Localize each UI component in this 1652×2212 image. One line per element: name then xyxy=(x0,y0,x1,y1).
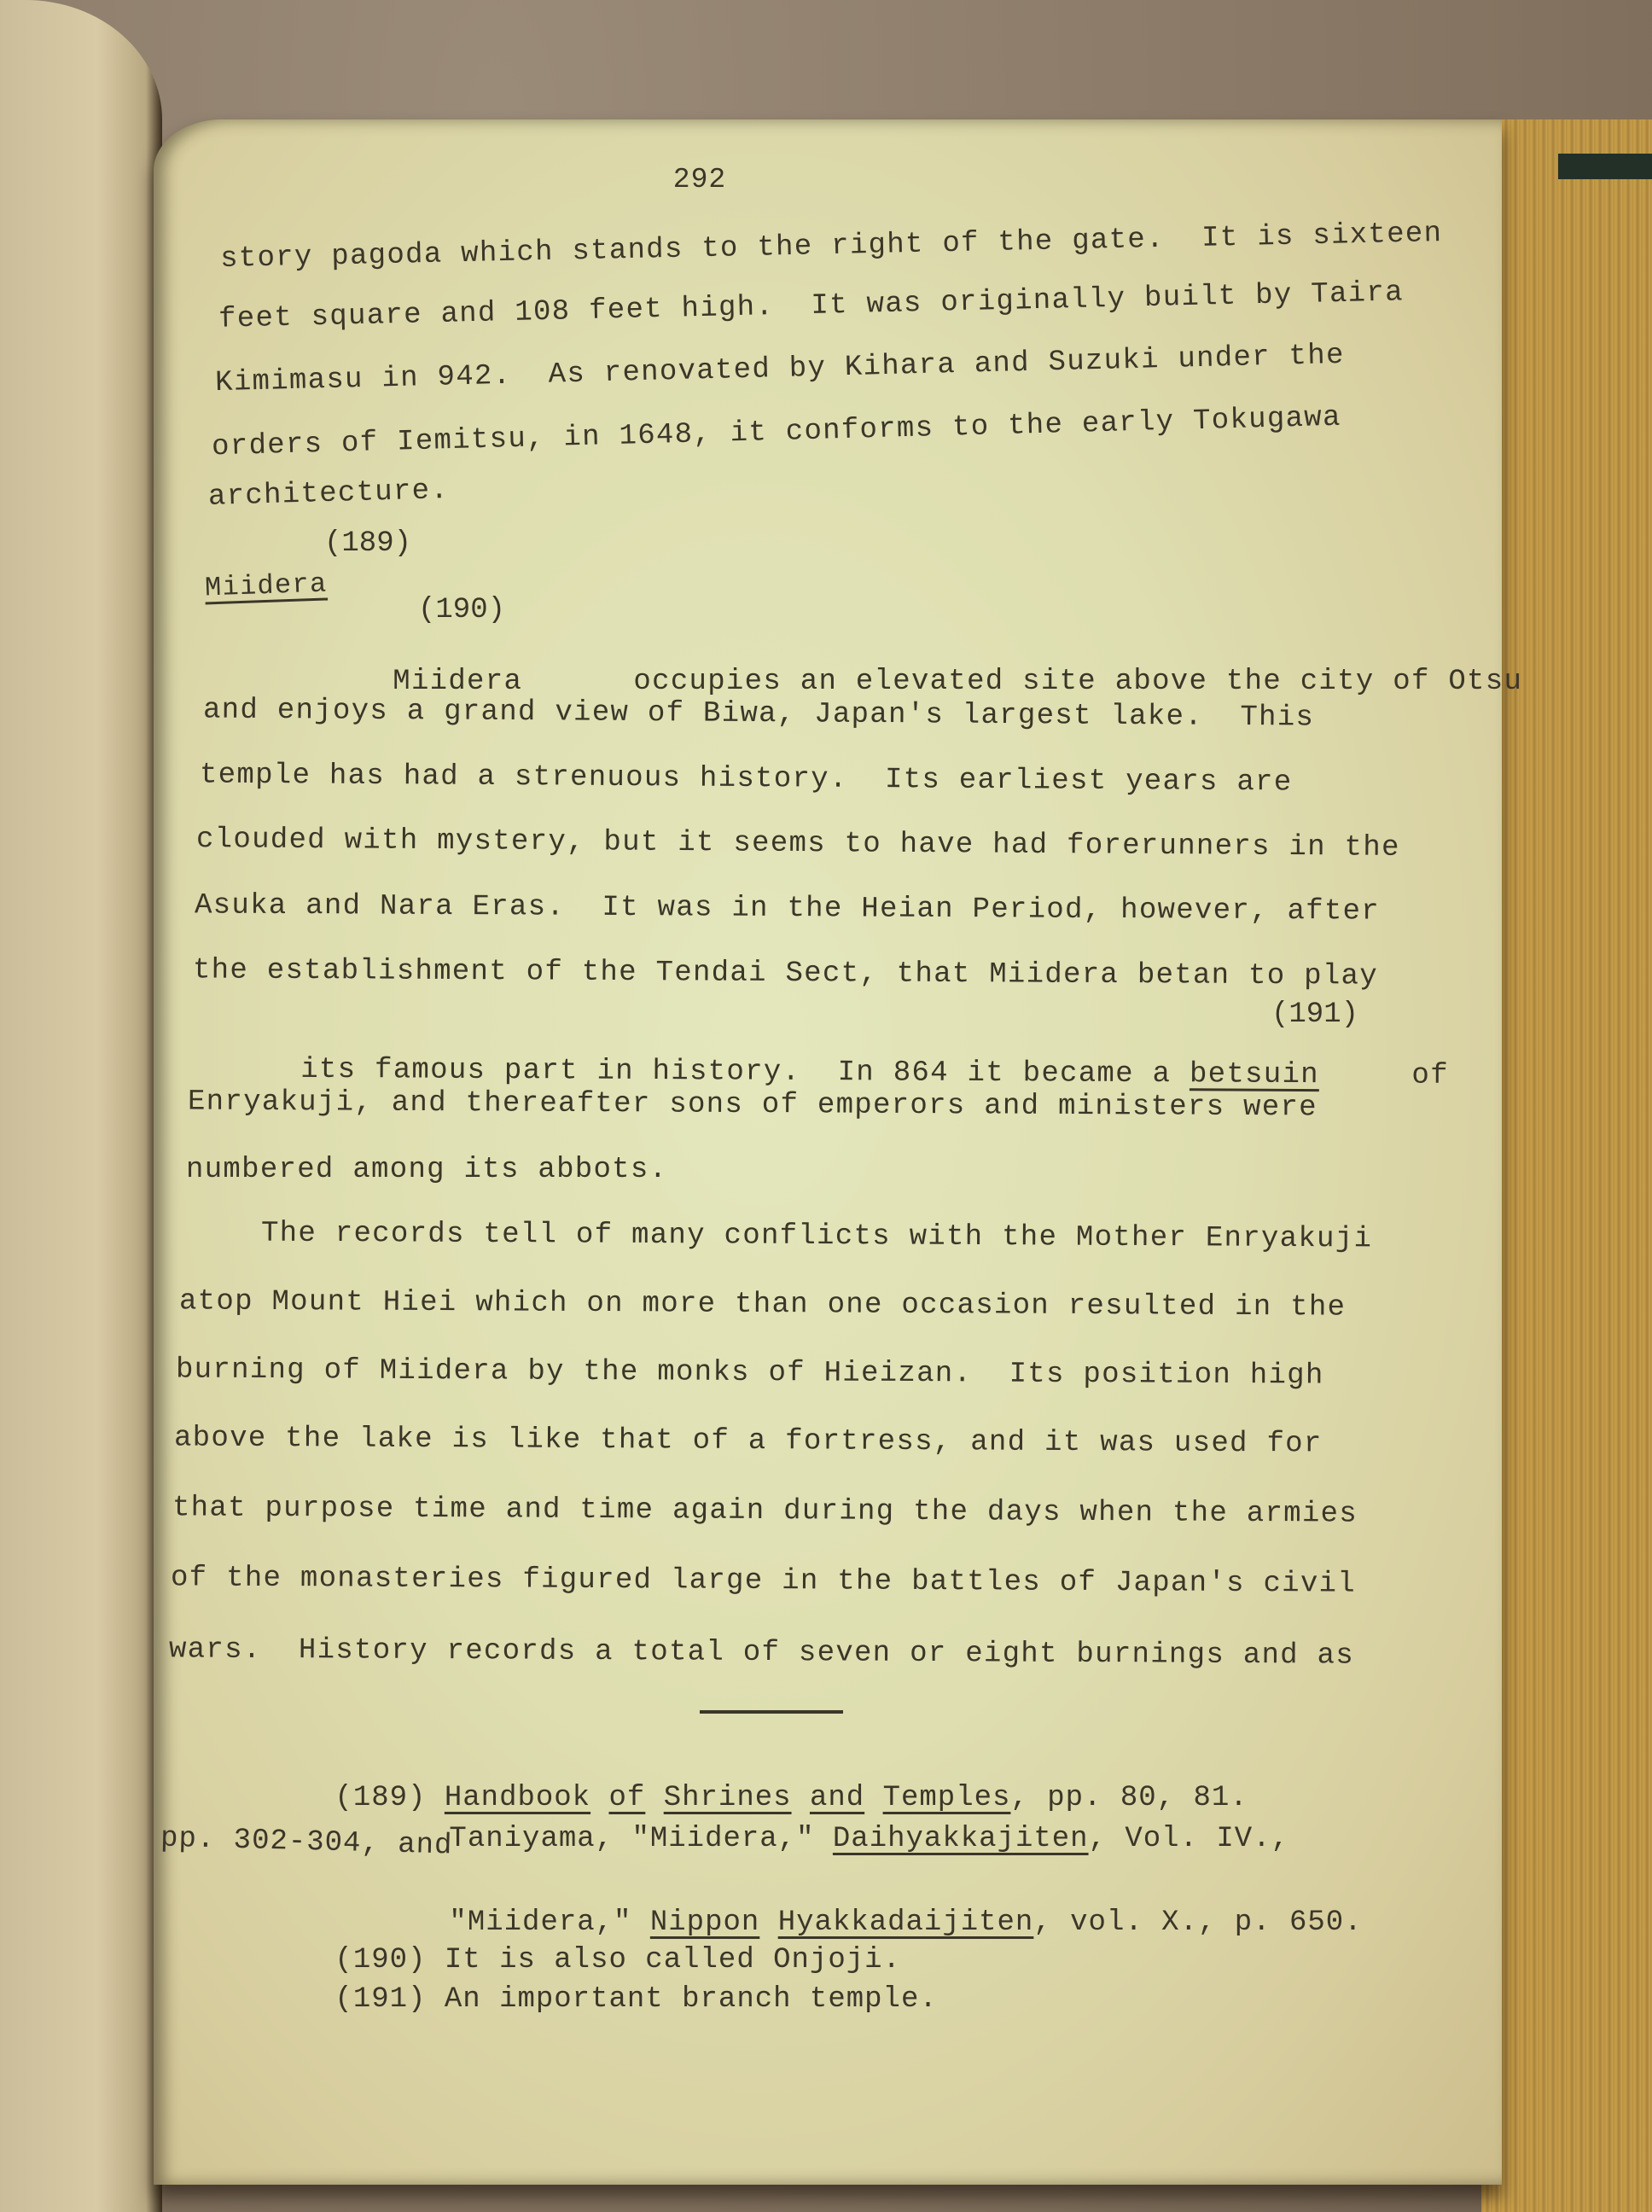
text-line: atop Mount Hiei which on more than one o… xyxy=(179,1285,1346,1324)
book-cover-edge xyxy=(1558,154,1652,179)
section-heading: Miidera xyxy=(204,568,328,604)
page-number: 292 xyxy=(154,164,1246,195)
text-span: its famous part in history. In 864 it be… xyxy=(300,1054,1190,1091)
book-page: 292 story pagoda which stands to the rig… xyxy=(154,119,1502,2185)
text-span: Taniyama, "Miidera," xyxy=(449,1823,832,1855)
text-line: burning of Miidera by the monks of Hieiz… xyxy=(176,1353,1324,1392)
text-line: wars. History records a total of seven o… xyxy=(169,1633,1354,1672)
text-span: occupies an elevated site above the city… xyxy=(633,666,1522,698)
text-line: numbered among its abbots. xyxy=(186,1154,667,1186)
book-page-edges xyxy=(1481,119,1652,2212)
footnote-189-line2: Taniyama, "Miidera," Daihyakkajiten, Vol… xyxy=(340,1790,1289,1888)
text-line: Asuka and Nara Eras. It was in the Heian… xyxy=(195,889,1380,928)
footnote-divider xyxy=(700,1710,843,1714)
text-line: that purpose time and time again during … xyxy=(172,1492,1358,1530)
text-span: of xyxy=(1411,1060,1449,1092)
text-span: , Vol. IV., xyxy=(1089,1823,1289,1855)
text-line: story pagoda which stands to the right o… xyxy=(220,218,1443,276)
first-word: Miidera xyxy=(393,666,522,698)
footnote-189-line3: pp. 302-304, and xyxy=(160,1823,453,1863)
footnote-ref-189: (189) xyxy=(324,527,411,560)
text-span: , vol. X., p. 650. xyxy=(1033,1906,1362,1939)
text-line: Enryakuji, and thereafter sons of empero… xyxy=(188,1086,1318,1125)
text-line: temple has had a strenuous history. Its … xyxy=(200,760,1293,800)
text-line: above the lake is like that of a fortres… xyxy=(174,1422,1323,1460)
underlined-title: Daihyakkajiten xyxy=(833,1823,1089,1855)
underlined-term: betsuin xyxy=(1190,1058,1319,1091)
text-line: the establishment of the Tendai Sect, th… xyxy=(193,954,1378,992)
footnote-text: An important branch temple. xyxy=(445,1983,938,2016)
text-line: feet square and 108 feet high. It was or… xyxy=(218,276,1405,336)
text-line: orders of Iemitsu, in 1648, it conforms … xyxy=(212,402,1341,464)
text-line: of the monasteries figured large in the … xyxy=(171,1562,1356,1600)
text-line: Kimimasu in 942. As renovated by Kihara … xyxy=(215,340,1345,399)
footnote-ref-190: (190) xyxy=(418,594,505,626)
text-line: clouded with mystery, but it seems to ha… xyxy=(196,824,1400,864)
left-page-edge xyxy=(0,0,162,2212)
footnote-marker: (191) xyxy=(334,1983,426,2016)
text-line: architecture. xyxy=(208,474,450,514)
text-line: The records tell of many conflicts with … xyxy=(261,1218,1372,1256)
footnote-191: (191) An important branch temple. xyxy=(225,1951,938,2048)
